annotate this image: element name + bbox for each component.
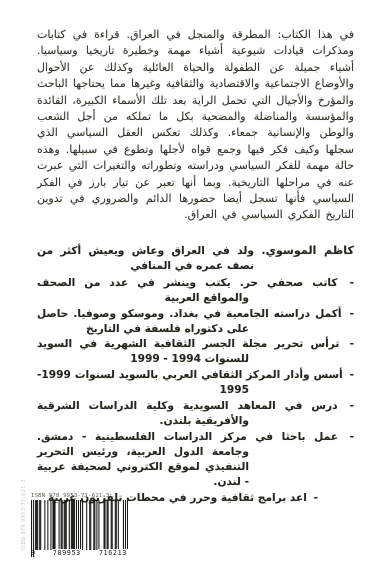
bio-bullet-text: أسس وأدار المركز الثقافي العربي بالسويد … [37,369,343,396]
bullet-dash: - [347,431,354,443]
barcode-digit-first: 9 [31,549,36,557]
bullet-dash: - [347,277,354,289]
bio-bullet-text: كاتب صحفي حر. يكتب وينشر في عدد من الصحف… [37,277,338,304]
side-isbn-label: ISBN 978 9953-71-621-3 [21,479,27,550]
bio-bullet-text: ترأس تحرير مجلة الجسر الثقافية الشهرية ف… [37,338,339,365]
barcode-digit-group-right: 716213 [98,549,128,557]
bullet-dash: - [347,308,354,320]
bullet-dash: - [311,492,318,504]
bio-bullet-text: عمل باحثا في مركز الدراسات الفلسطينية - … [37,431,338,488]
bio-bullet: - عمل باحثا في مركز الدراسات الفلسطينية … [37,430,354,490]
synopsis-paragraph: في هذا الكتاب: المطرقة والمنجل في العراق… [37,27,354,224]
isbn-label: ISBN 978 9953-71-621-3 [31,493,131,499]
bio-bullet: - درس في المعاهد السويدية وكلية الدراسات… [37,399,354,429]
author-name: كاظم الموسوي. [261,244,354,257]
bio-bullet: - كاتب صحفي حر. يكتب وينشر في عدد من الص… [37,276,354,306]
bullet-dash: - [347,400,354,412]
bullet-dash: - [347,369,354,381]
barcode-digit-group-left: 789953 [52,549,82,557]
author-intro: كاظم الموسوي. ولد في العراق وعاش ويعيش أ… [37,244,354,274]
isbn-barcode-block: ISBN 978 9953-71-621-3 9 789953 716213 [31,493,131,565]
bio-bullet: - أكمل دراسته الجامعية في بغداد. وموسكو … [37,307,354,337]
bio-bullet: - ترأس تحرير مجلة الجسر الثقافية الشهرية… [37,337,354,367]
author-intro-text: ولد في العراق وعاش ويعيش أكثر من نصف عمر… [37,245,254,272]
barcode-digits: 9 789953 716213 [31,549,128,557]
author-bio-section: كاظم الموسوي. ولد في العراق وعاش ويعيش أ… [37,244,354,506]
bio-bullet: - أسس وأدار المركز الثقافي العربي بالسوي… [37,368,354,398]
bio-bullet-text: درس في المعاهد السويدية وكلية الدراسات ا… [37,400,338,427]
bio-bullet-text: أكمل دراسته الجامعية في بغداد. وموسكو وص… [37,308,342,335]
book-back-cover: في هذا الكتاب: المطرقة والمنجل في العراق… [0,0,376,582]
bullet-dash: - [347,338,354,350]
